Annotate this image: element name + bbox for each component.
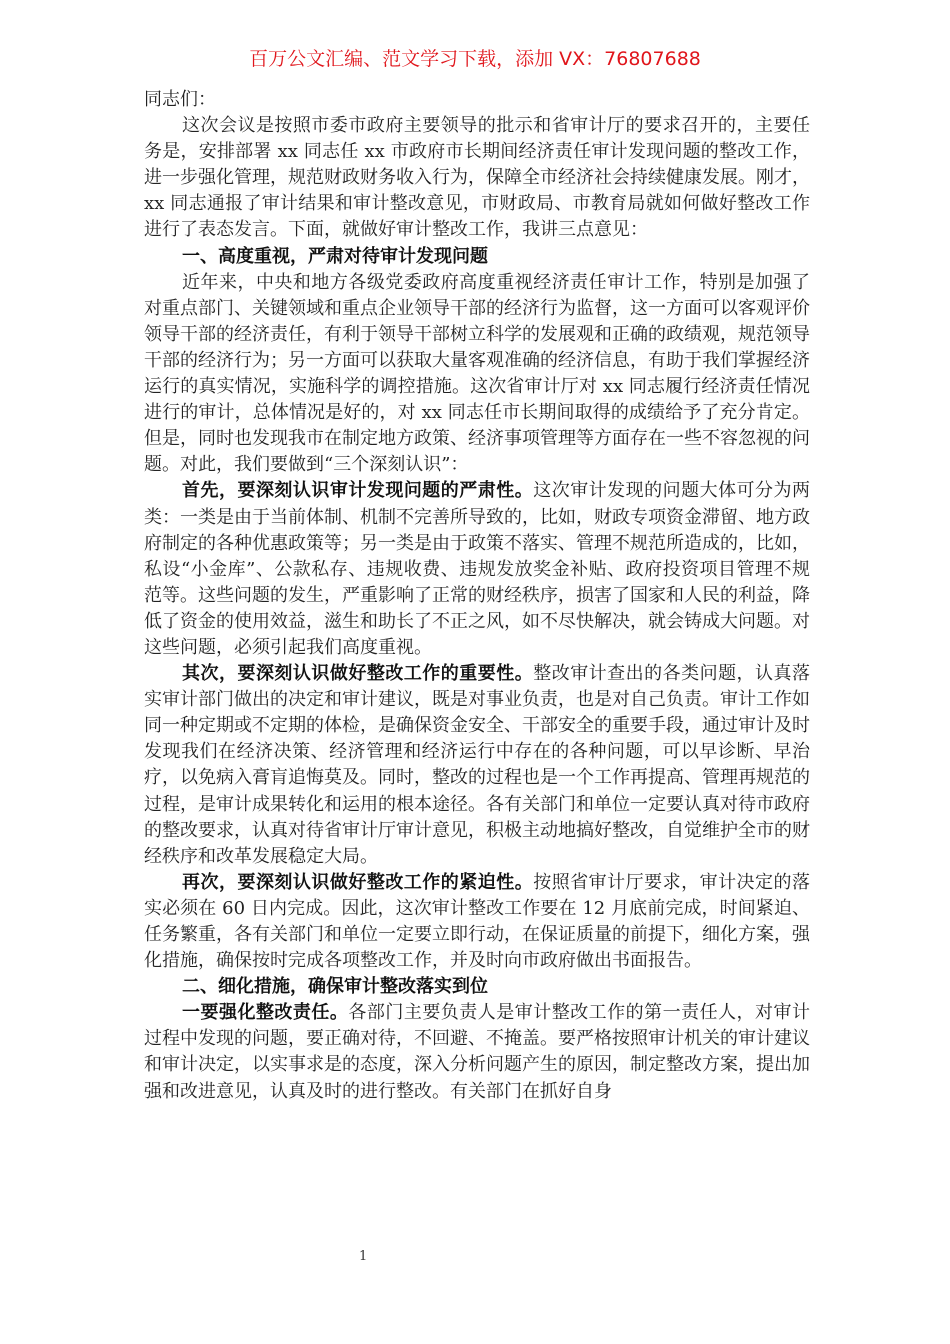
point-3-paragraph: 再次，要深刻认识做好整改工作的紧迫性。按照省审计厅要求，审计决定的落实必须在 6… <box>144 870 810 974</box>
section-1-paragraph: 近年来，中央和地方各级党委政府高度重视经济责任审计工作，特别是加强了对重点部门、… <box>144 270 810 479</box>
section-2-point-1-lead: 一要强化整改责任。 <box>182 1002 348 1023</box>
document-page: 百万公文汇编、范文学习下载，添加 VX：76807688 同志们： 这次会议是按… <box>0 0 950 1344</box>
salutation: 同志们： <box>144 87 810 113</box>
section-1-heading: 一、高度重视，严肃对待审计发现问题 <box>144 244 810 270</box>
point-1-paragraph: 首先，要深刻认识审计发现问题的严肃性。这次审计发现的问题大体可分为两类：一类是由… <box>144 478 810 661</box>
point-2-body: 整改审计查出的各类问题，认真落实审计部门做出的决定和审计建议，既是对事业负责，也… <box>144 663 810 867</box>
section-2-heading: 二、细化措施，确保审计整改落实到位 <box>144 974 810 1000</box>
point-2-lead: 其次，要深刻认识做好整改工作的重要性。 <box>182 663 533 684</box>
point-1-body: 这次审计发现的问题大体可分为两类：一类是由于当前体制、机制不完善所导致的，比如，… <box>144 480 810 658</box>
point-3-lead: 再次，要深刻认识做好整改工作的紧迫性。 <box>182 872 533 893</box>
point-2-paragraph: 其次，要深刻认识做好整改工作的重要性。整改审计查出的各类问题，认真落实审计部门做… <box>144 661 810 870</box>
point-1-lead: 首先，要深刻认识审计发现问题的严肃性。 <box>182 480 533 501</box>
document-body: 同志们： 这次会议是按照市委市政府主要领导的批示和省审计厅的要求召开的，主要任务… <box>144 87 810 1105</box>
promo-banner: 百万公文汇编、范文学习下载，添加 VX：76807688 <box>0 46 950 72</box>
page-number: 1 <box>359 1249 367 1264</box>
intro-paragraph: 这次会议是按照市委市政府主要领导的批示和省审计厅的要求召开的，主要任务是，安排部… <box>144 113 810 243</box>
section-2-point-1-paragraph: 一要强化整改责任。各部门主要负责人是审计整改工作的第一责任人，对审计过程中发现的… <box>144 1000 810 1104</box>
